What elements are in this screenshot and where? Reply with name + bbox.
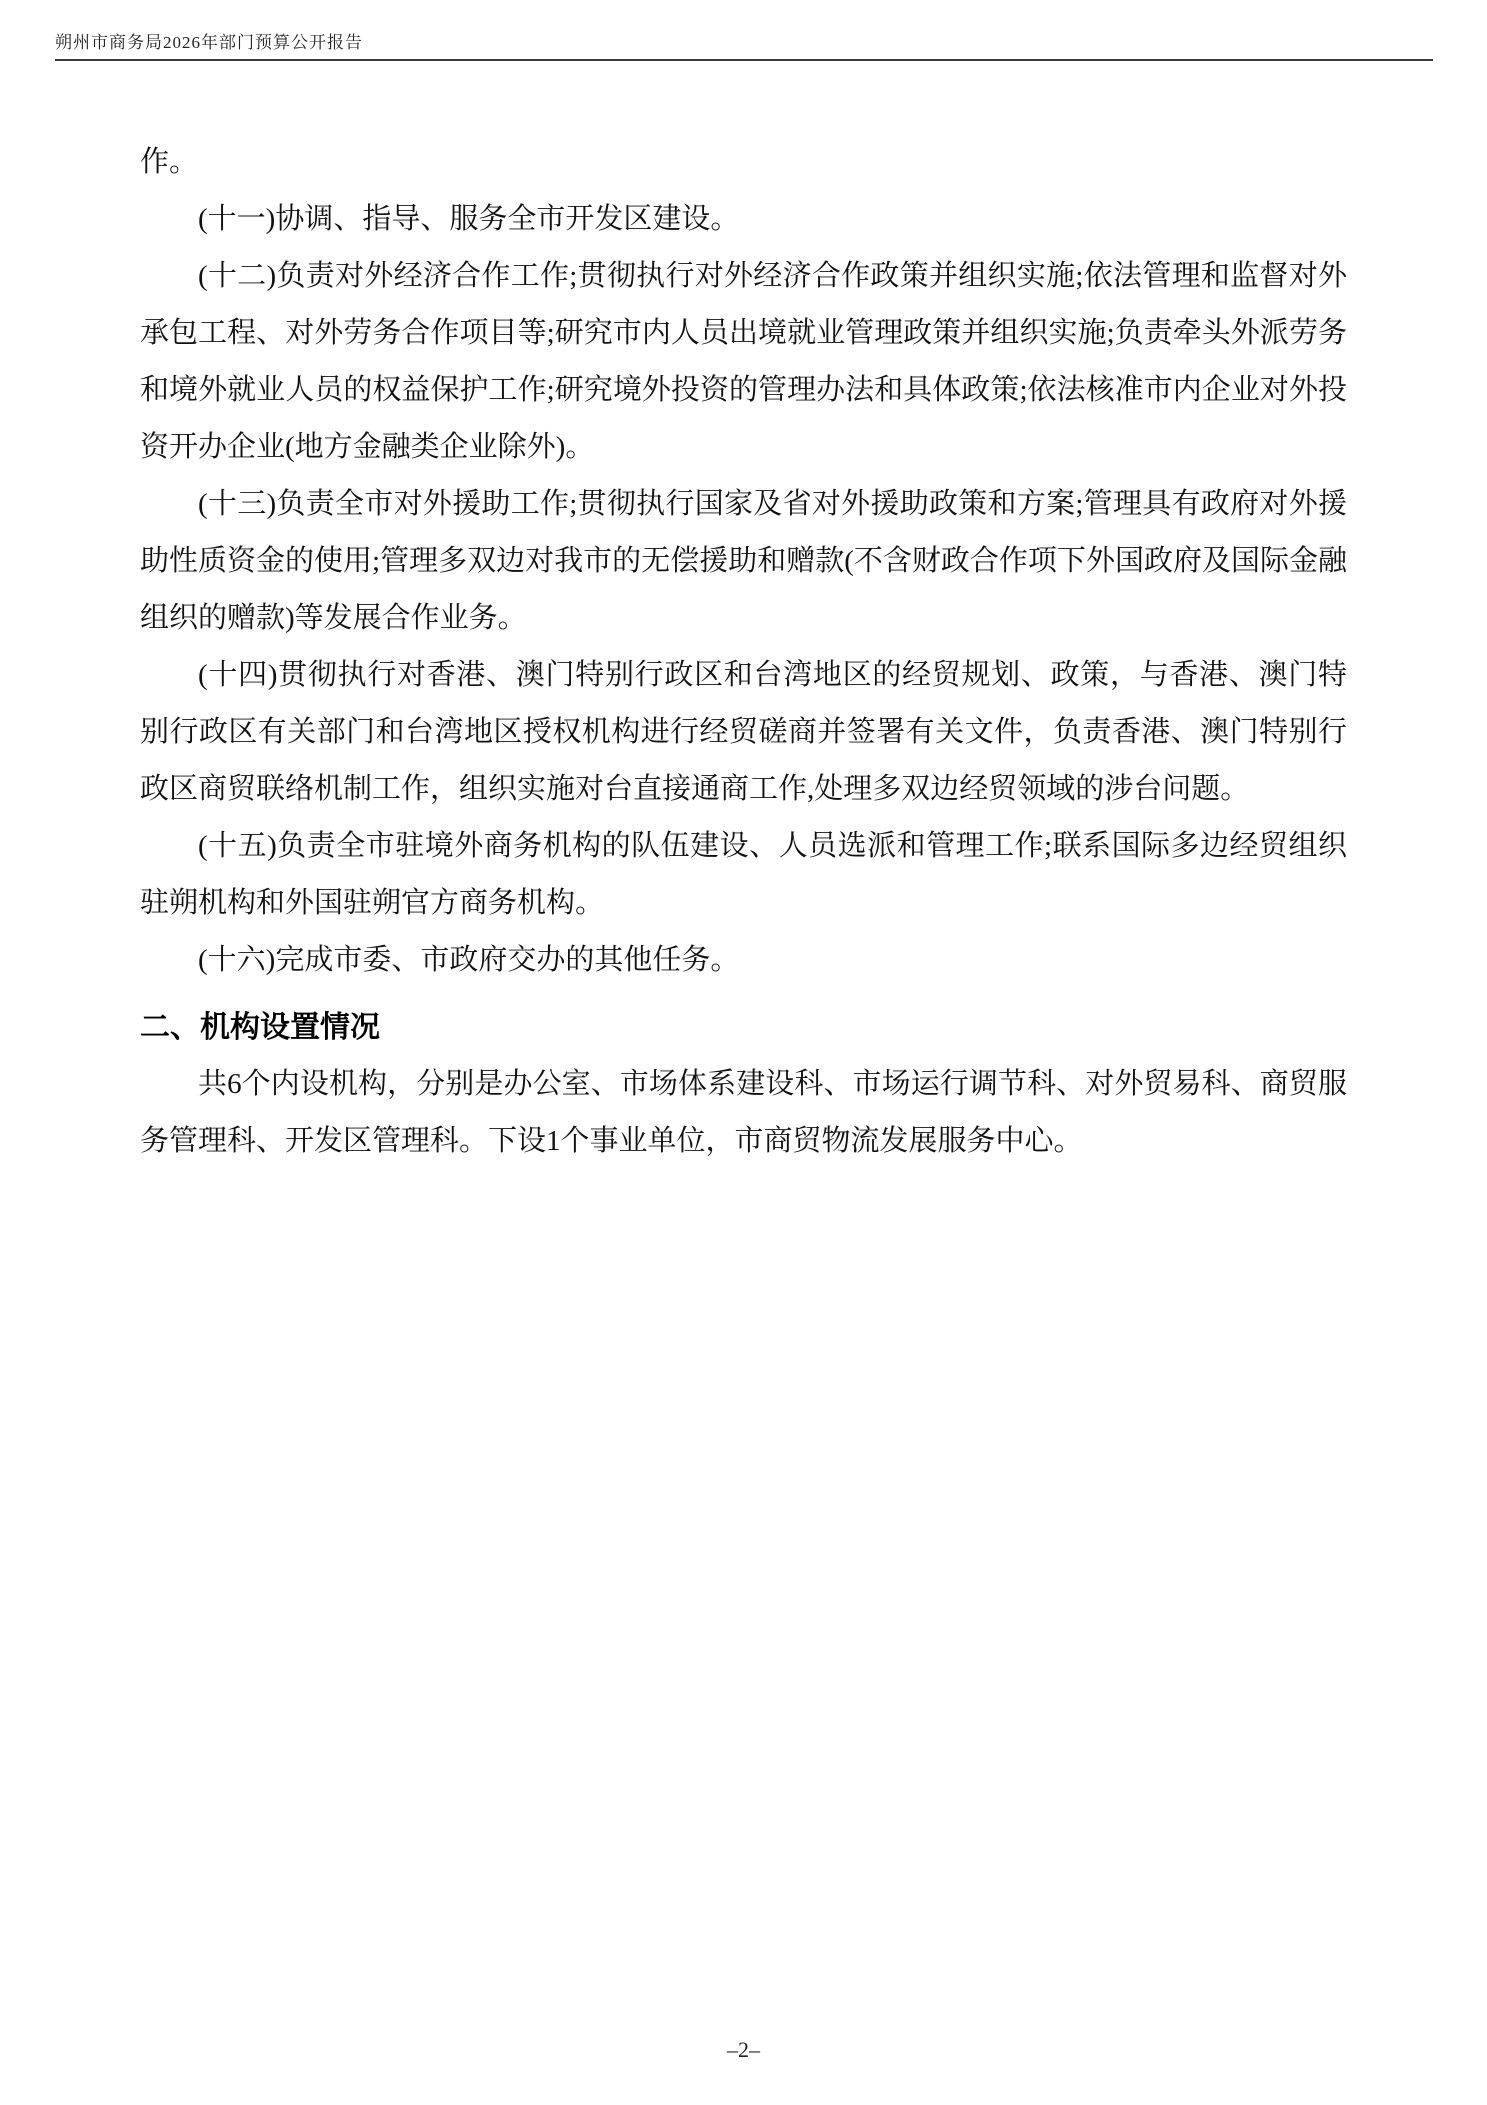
paragraph-item-14: (十四)贯彻执行对香港、澳门特别行政区和台湾地区的经贸规划、政策，与香港、澳门特… [140,647,1347,818]
header-divider [55,59,1433,61]
paragraph-item-13: (十三)负责全市对外援助工作;贯彻执行国家及省对外援助政策和方案;管理具有政府对… [140,476,1347,647]
paragraph-item-11: (十一)协调、指导、服务全市开发区建设。 [140,191,1347,248]
section-heading-organization: 二、机构设置情况 [140,999,1347,1056]
paragraph-item-16: (十六)完成市委、市政府交办的其他任务。 [140,932,1347,989]
paragraph-item-12: (十二)负责对外经济合作工作;贯彻执行对外经济合作政策并组织实施;依法管理和监督… [140,248,1347,476]
document-body: 作。 (十一)协调、指导、服务全市开发区建设。 (十二)负责对外经济合作工作;贯… [140,134,1347,1170]
page-number: –2– [0,2037,1487,2063]
paragraph-continuation: 作。 [140,134,1347,191]
page-header-title: 朔州市商务局2026年部门预算公开报告 [55,28,363,53]
paragraph-item-15: (十五)负责全市驻境外商务机构的队伍建设、人员选派和管理工作;联系国际多边经贸组… [140,818,1347,932]
paragraph-organization-body: 共6个内设机构，分别是办公室、市场体系建设科、市场运行调节科、对外贸易科、商贸服… [140,1056,1347,1170]
document-page: 朔州市商务局2026年部门预算公开报告 作。 (十一)协调、指导、服务全市开发区… [0,0,1487,2105]
